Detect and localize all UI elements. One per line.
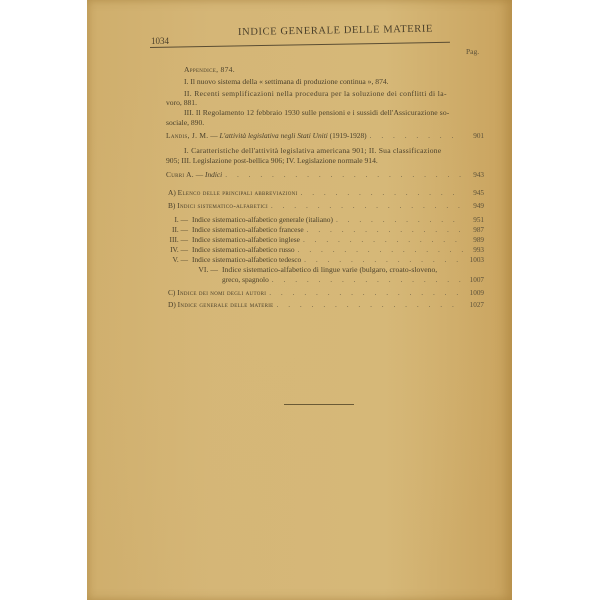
appendix-line: III. Il Regolamento 12 febbraio 1930 sul… <box>184 108 449 117</box>
entry-landis: Landis, J. M. — L'attività legislativa n… <box>166 131 484 140</box>
author-name: Curri A. <box>166 170 194 179</box>
appendix-line: I. Il nuovo sistema della « settimana di… <box>184 77 389 86</box>
leader-dots <box>303 235 463 244</box>
end-rule <box>284 404 354 405</box>
leader-dots <box>307 225 463 234</box>
leader-dots <box>271 201 463 210</box>
leader-dots <box>225 170 463 179</box>
appendix-heading: Appendice, 874. <box>184 65 235 74</box>
leader-dots <box>301 188 463 197</box>
toc-row: A) Elenco delle principali abbreviazioni… <box>168 188 484 197</box>
leader-dots <box>298 245 463 254</box>
appendix-line: sociale, 890. <box>166 118 204 127</box>
entry-title: Indici <box>205 170 222 179</box>
toc-row: greco, spagnolo 1007 <box>222 275 484 284</box>
appendix-line: II. Recenti semplificazioni nella proced… <box>184 89 447 98</box>
toc-row-label: VI. —Indice sistematico-alfabetico di li… <box>192 265 437 274</box>
leader-dots <box>272 275 463 284</box>
toc-row: V. —Indice sistematico-alfabetico tedesc… <box>162 255 484 264</box>
leader-dots <box>269 288 463 297</box>
landis-line: I. Caratteristiche dell'attività legisla… <box>184 146 441 155</box>
toc-row: D) Indice generale delle materie 1027 <box>168 300 484 309</box>
leader-dots <box>336 215 463 224</box>
leader-dots <box>304 255 463 264</box>
toc-row: IV. —Indice sistematico-alfabetico russo… <box>162 245 484 254</box>
leader-dots <box>370 131 463 140</box>
pag-label: Pag. <box>466 47 479 56</box>
entry-title: L'attività legislativa negli Stati Uniti <box>219 131 327 140</box>
appendix-line: voro, 881. <box>166 98 197 107</box>
toc-row: III. —Indice sistematico-alfabetico ingl… <box>162 235 484 244</box>
entry-page: 901 <box>466 132 484 140</box>
landis-line: 905; III. Legislazione post-bellica 906;… <box>166 156 378 165</box>
leader-dots <box>277 300 463 309</box>
entry-curri: Curri A. — Indici 943 <box>166 170 484 179</box>
entry-page: 943 <box>466 171 484 179</box>
toc-row: B) Indici sistematico-alfabetici 949 <box>168 201 484 210</box>
page-number: 1034 <box>151 36 169 46</box>
toc-row: C) Indice dei nomi degli autori 1009 <box>168 288 484 297</box>
toc-row: I. —Indice sistematico-alfabetico genera… <box>162 215 484 224</box>
toc-row: II. —Indice sistematico-alfabetico franc… <box>162 225 484 234</box>
author-name: Landis, J. M. <box>166 131 208 140</box>
